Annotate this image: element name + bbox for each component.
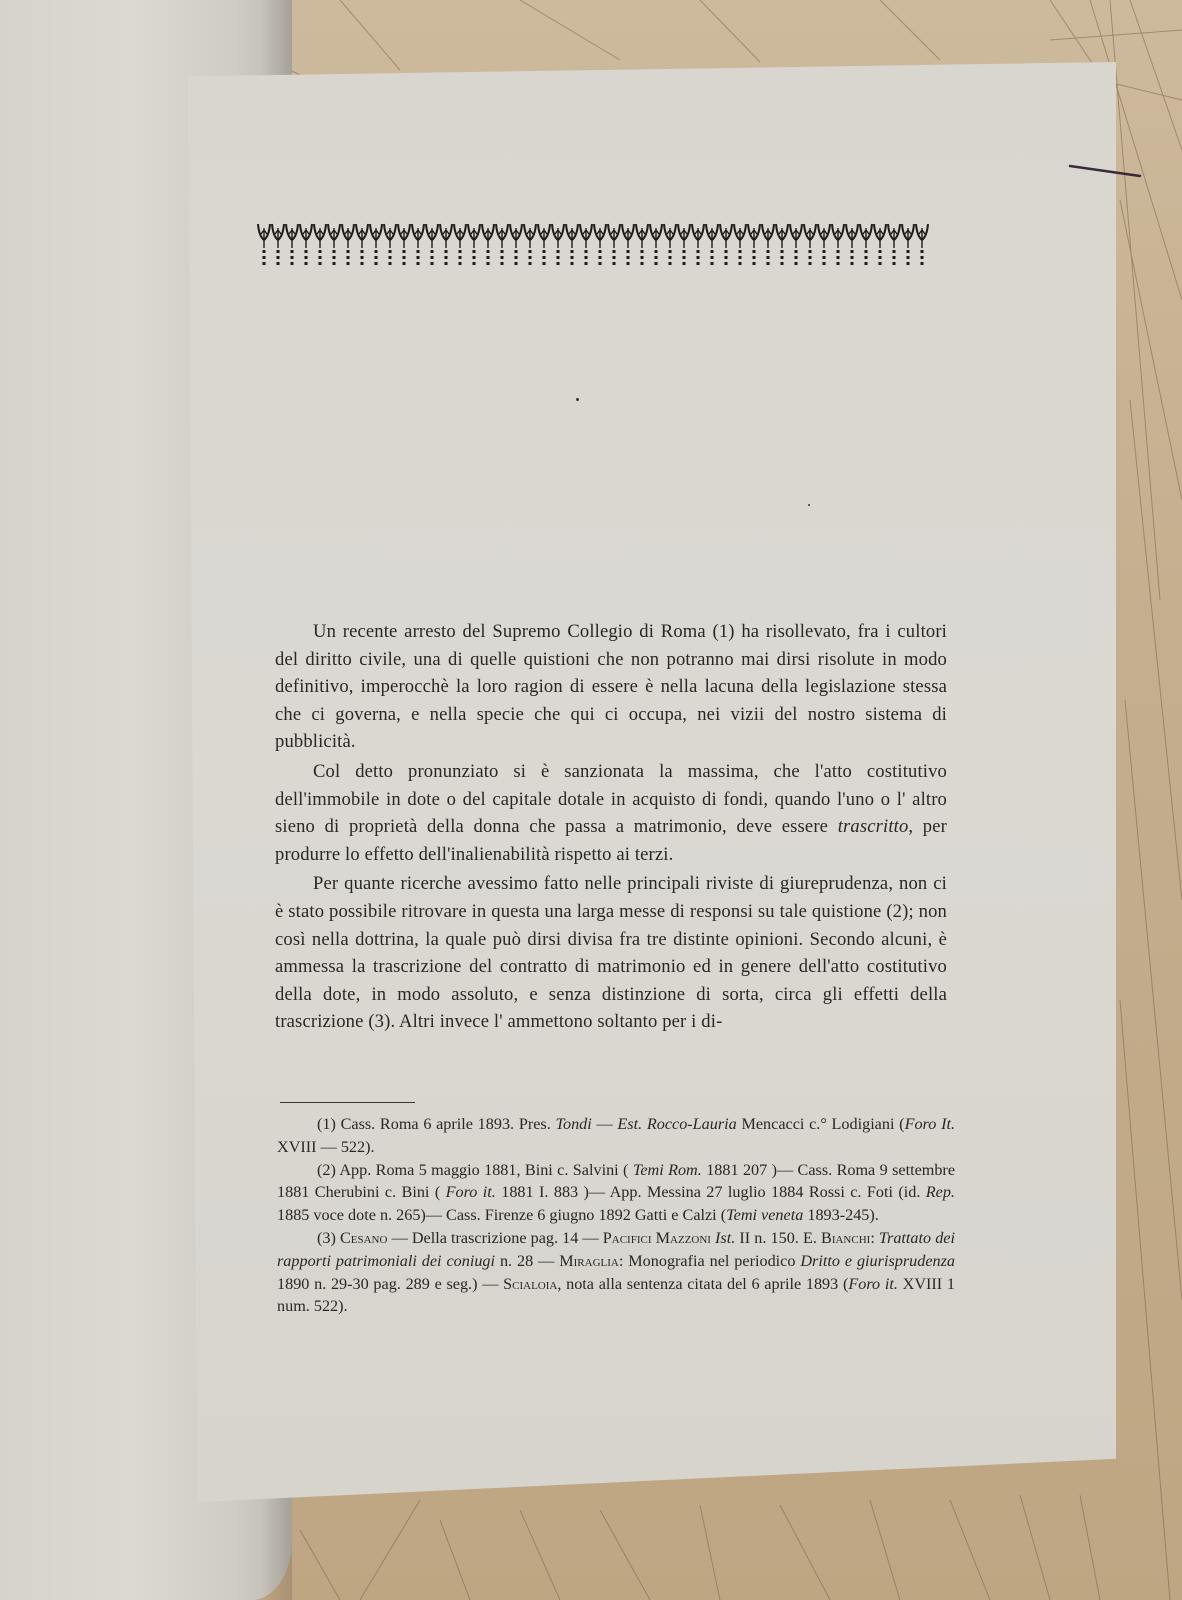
fn1-text: XVIII — 522). <box>277 1138 375 1156</box>
fn2-italic: Temi Rom. <box>633 1161 702 1179</box>
fn3-text: : Monografia nel periodico <box>619 1252 801 1270</box>
fn1-text: — <box>592 1115 618 1133</box>
fn3-text: (3) <box>317 1229 340 1247</box>
fn2-text: (2) App. Roma 5 maggio 1881, Bini c. Sal… <box>317 1161 633 1179</box>
fn2-italic: Temi veneta <box>726 1206 803 1224</box>
fn2-text: 1893-245). <box>803 1206 879 1224</box>
fn1-text: Mencacci c.° Lodigiani ( <box>737 1115 905 1133</box>
footnote-1: (1) Cass. Roma 6 aprile 1893. Pres. Tond… <box>277 1113 955 1159</box>
fn3-author: Scialoia <box>503 1275 557 1293</box>
fn3-italic: Ist. <box>715 1229 735 1247</box>
paper-speck <box>808 504 810 506</box>
fn2-italic: Foro it. <box>446 1183 496 1201</box>
fn2-text: 1881 I. 883 )— App. Messina 27 luglio 18… <box>496 1183 926 1201</box>
body-text: Un recente arresto del Supremo Collegio … <box>275 618 947 1036</box>
footnote-2: (2) App. Roma 5 maggio 1881, Bini c. Sal… <box>277 1159 955 1227</box>
ink-mark <box>1068 162 1144 180</box>
fn3-author: Bianchi <box>821 1229 870 1247</box>
fn3-italic: Foro it. <box>848 1275 898 1293</box>
fn1-italic: Tondi <box>555 1115 591 1133</box>
paragraph-3: Per quante ricerche avessimo fatto nelle… <box>275 870 947 1036</box>
fn2-text: 1885 voce dote n. 265)— Cass. Firenze 6 … <box>277 1206 726 1224</box>
fn3-author: Miraglia <box>559 1252 619 1270</box>
fn3-text: II n. 150. E. <box>735 1229 821 1247</box>
footnote-divider <box>280 1102 415 1103</box>
footnotes: (1) Cass. Roma 6 aprile 1893. Pres. Tond… <box>277 1113 955 1318</box>
fn2-italic: Rep. <box>926 1183 955 1201</box>
fn3-text: : <box>870 1229 879 1247</box>
fn1-italic: Foro It. <box>905 1115 955 1133</box>
paragraph-1: Un recente arresto del Supremo Collegio … <box>275 618 947 756</box>
fn3-italic: Dritto e giurisprudenza <box>800 1252 955 1270</box>
paragraph-1-text: Un recente arresto del Supremo Collegio … <box>275 621 947 752</box>
paragraph-2: Col detto pronunziato si è sanzionata la… <box>275 758 947 868</box>
fn1-italic: Est. Rocco-Lauria <box>617 1115 736 1133</box>
footnote-3: (3) Cesano — Della trascrizione pag. 14 … <box>277 1227 955 1318</box>
fn3-text: , nota alla sentenza citata del 6 aprile… <box>557 1275 848 1293</box>
paper-speck <box>576 398 579 401</box>
fn3-text: — Della trascrizione pag. 14 — <box>387 1229 602 1247</box>
fn3-author: Pacifici Mazzoni <box>603 1229 711 1247</box>
fn1-text: (1) Cass. Roma 6 aprile 1893. Pres. <box>317 1115 555 1133</box>
fn3-text: 1890 n. 29-30 pag. 289 e seg.) — <box>277 1275 503 1293</box>
fn3-text: n. 28 — <box>495 1252 559 1270</box>
paragraph-2-italic: trascritto <box>838 816 909 837</box>
ornament-border-icon <box>256 214 932 272</box>
fn3-author: Cesano <box>340 1229 387 1247</box>
paragraph-3-text: Per quante ricerche avessimo fatto nelle… <box>275 873 947 1032</box>
